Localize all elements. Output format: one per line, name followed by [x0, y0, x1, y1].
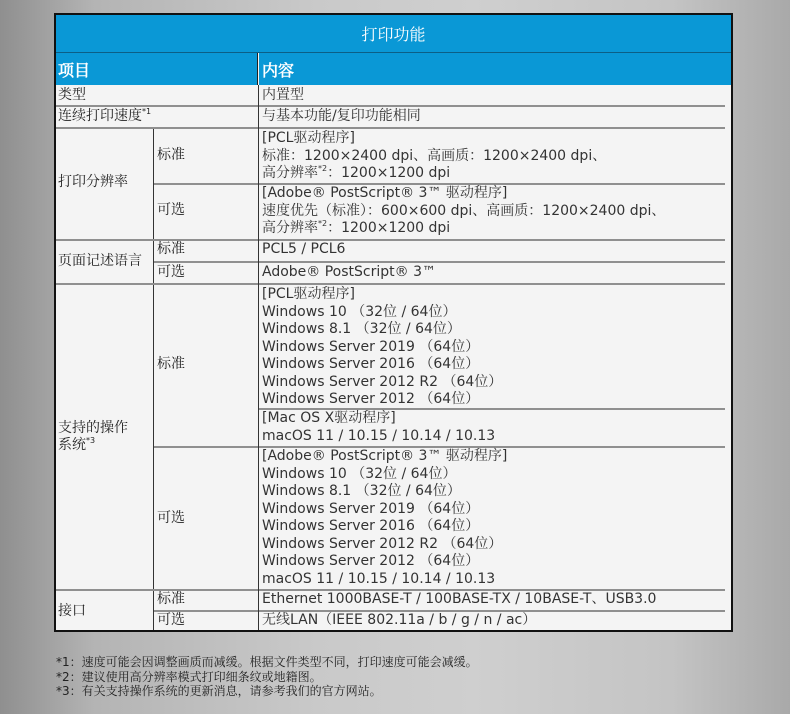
os-standard-pcl-list: [PCL驱动程序] Windows 10 （32位 / 64位） Windows…	[260, 286, 731, 409]
resolution-standard-content: [PCL驱动程序] 标准：1200×2400 dpi、高画质：1200×2400…	[260, 130, 731, 183]
footnote-3: *3：有关支持操作系统的更新消息，请参考我们的官方网站。	[56, 684, 478, 699]
footnote-1: *1：速度可能会因调整画质而减缓。根据文件类型不同，打印速度可能会减缓。	[56, 655, 478, 670]
interface-optional-content: 无线LAN（IEEE 802.11a / b / g / n / ac）	[260, 612, 731, 631]
row-label-type: 类型	[56, 87, 256, 105]
pdl-standard-label: 标准	[155, 241, 255, 260]
pdl-standard-content: PCL5 / PCL6	[260, 241, 731, 260]
column-divider-main	[258, 85, 259, 630]
row-label-speed: 连续打印速度*1	[56, 108, 256, 126]
os-standard-mac-list: [Mac OS X驱动程序] macOS 11 / 10.15 / 10.14 …	[260, 410, 731, 445]
row-content-type: 内置型	[260, 87, 731, 105]
header-content: 内容	[259, 53, 731, 85]
row-divider	[259, 261, 725, 263]
footnote-2: *2：建议使用高分辨率模式打印细条纹或地籍图。	[56, 670, 478, 685]
interface-standard-content: Ethernet 1000BASE-T / 100BASE-TX / 10BAS…	[260, 591, 731, 610]
interface-optional-label: 可选	[155, 612, 255, 631]
row-label-os: 支持的操作系统*3	[56, 285, 152, 589]
row-label-pdl: 页面记述语言	[56, 241, 152, 283]
row-divider	[154, 261, 258, 263]
row-content-speed: 与基本功能/复印功能相同	[260, 108, 731, 126]
row-label-interface: 接口	[56, 591, 152, 632]
pdl-optional-content: Adobe® PostScript® 3™	[260, 264, 731, 283]
os-standard-label: 标准	[155, 285, 255, 445]
os-optional-list: [Adobe® PostScript® 3™ 驱动程序] Windows 10 …	[260, 448, 731, 588]
row-divider	[259, 283, 725, 285]
row-label-resolution: 打印分辨率	[56, 129, 152, 237]
footnotes: *1：速度可能会因调整画质而减缓。根据文件类型不同，打印速度可能会减缓。 *2：…	[56, 655, 478, 699]
table-title: 打印功能	[56, 15, 731, 53]
column-divider-sub	[153, 129, 154, 630]
os-optional-label: 可选	[155, 448, 255, 589]
resolution-standard-label: 标准	[155, 129, 255, 183]
print-function-spec-table: 打印功能 项目 内容 类型 内置型 连续打印速度*1 与基本功能/复印功能相同 …	[54, 13, 733, 632]
row-divider	[259, 105, 725, 107]
pdl-optional-label: 可选	[155, 264, 255, 283]
interface-standard-label: 标准	[155, 591, 255, 610]
resolution-optional-label: 可选	[155, 185, 255, 237]
resolution-optional-content: [Adobe® PostScript® 3™ 驱动程序] 速度优先（标准）：60…	[260, 185, 731, 238]
row-divider	[56, 105, 258, 107]
header-item: 项目	[56, 53, 258, 85]
row-divider	[259, 127, 725, 129]
